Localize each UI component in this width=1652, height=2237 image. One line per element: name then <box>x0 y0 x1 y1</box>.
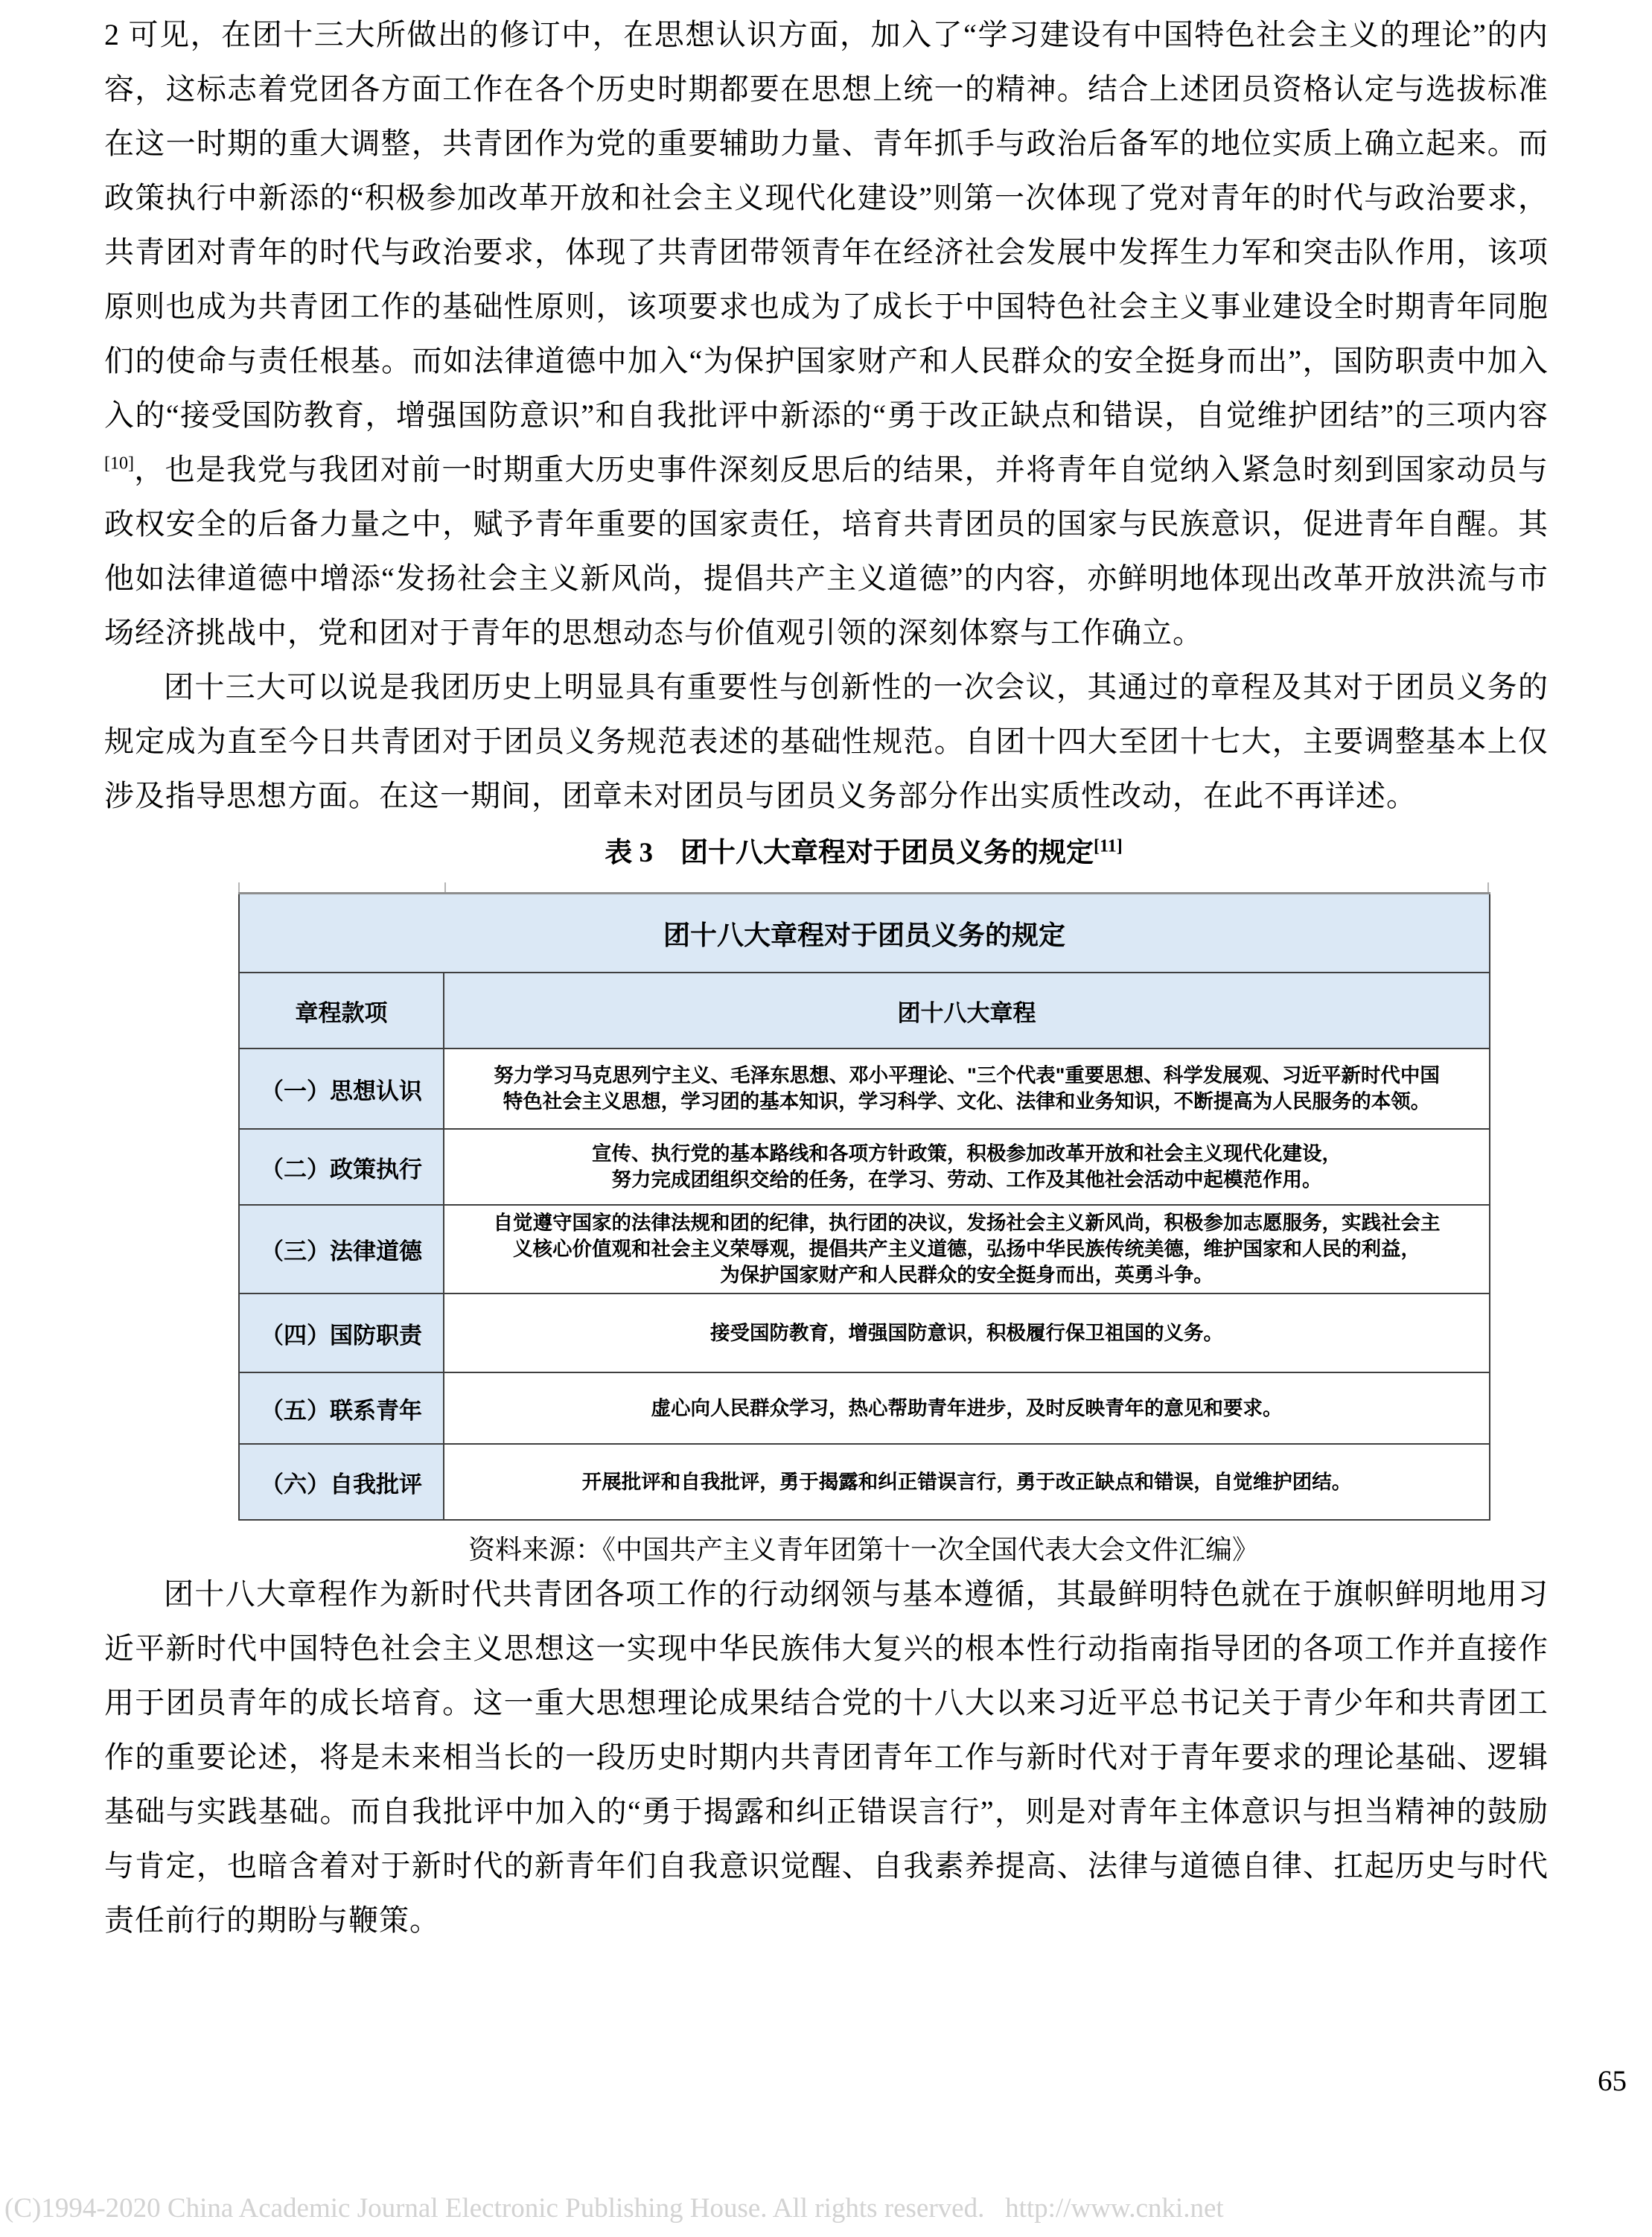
column-header-clause: 章程款项 <box>239 973 444 1049</box>
table-cell-label: （三）法律道德 <box>239 1205 444 1293</box>
table-cell-content: 宣传、执行党的基本路线和各项方针政策，积极参加改革开放和社会主义现代化建设， 努… <box>444 1129 1490 1205</box>
document-page: { "page": { "paragraph1": { "pre": "2 可见… <box>0 0 1652 2237</box>
table-row: （一）思想认识 努力学习马克思列宁主义、毛泽东思想、邓小平理论、"三个代表"重要… <box>239 1049 1490 1129</box>
page-number: 65 <box>1598 2064 1627 2098</box>
table-cell-label: （四）国防职责 <box>239 1293 444 1372</box>
copyright-footer: (C)1994-2020 China Academic Journal Elec… <box>4 2192 1224 2224</box>
paragraph-2: 团十三大可以说是我团历史上明显具有重要性与创新性的一次会议，其通过的章程及其对于… <box>104 660 1549 823</box>
table-clipped-cell-border <box>444 882 446 892</box>
paragraph-3: 团十八大章程作为新时代共青团各项工作的行动纲领与基本遵循，其最鲜明特色就在于旗帜… <box>104 1567 1549 1947</box>
paragraph-1-text-continued: ，也是我党与我团对前一时期重大历史事件深刻反思后的结果，并将青年自觉纳入紧急时刻… <box>104 453 1549 649</box>
table-row: （二）政策执行 宣传、执行党的基本路线和各项方针政策，积极参加改革开放和社会主义… <box>239 1129 1490 1205</box>
table-source-note: 资料来源：《中国共产主义青年团第十一次全国代表大会文件汇编》 <box>238 1533 1489 1567</box>
table-header-row: 章程款项 团十八大章程 <box>239 973 1490 1049</box>
column-header-charter: 团十八大章程 <box>444 973 1490 1049</box>
table-cell-label: （一）思想认识 <box>239 1049 444 1129</box>
footnote-ref-11: [11] <box>1094 837 1123 856</box>
table-row: （四）国防职责 接受国防教育，增强国防意识，积极履行保卫祖国的义务。 <box>239 1293 1490 1372</box>
page-content: 2 可见，在团十三大所做出的修订中，在思想认识方面，加入了“学习建设有中国特色社… <box>104 0 1549 1947</box>
table-cell-content: 接受国防教育，增强国防意识，积极履行保卫祖国的义务。 <box>444 1293 1490 1372</box>
table-cell-content: 开展批评和自我批评，勇于揭露和纠正错误言行，勇于改正缺点和错误，自觉维护团结。 <box>444 1444 1490 1520</box>
table-row: （五）联系青年 虚心向人民群众学习，热心帮助青年进步，及时反映青年的意见和要求。 <box>239 1372 1490 1444</box>
table-cell-content: 自觉遵守国家的法律法规和团的纪律，执行团的决议，发扬社会主义新风尚，积极参加志愿… <box>444 1205 1490 1293</box>
duty-table: 团十八大章程对于团员义务的规定 章程款项 团十八大章程 （一）思想认识 努力学习… <box>238 892 1490 1521</box>
table-3-block: 表 3 团十八大章程对于团员义务的规定[11] 团十八大章程对于团员义务的规定 … <box>238 836 1489 1567</box>
table-cell-label: （二）政策执行 <box>239 1129 444 1205</box>
table-cell-label: （五）联系青年 <box>239 1372 444 1444</box>
table-3-caption: 表 3 团十八大章程对于团员义务的规定[11] <box>238 836 1489 871</box>
table-row: （三）法律道德 自觉遵守国家的法律法规和团的纪律，执行团的决议，发扬社会主义新风… <box>239 1205 1490 1293</box>
table-title-row: 团十八大章程对于团员义务的规定 <box>239 894 1490 973</box>
table-3-caption-text: 表 3 团十八大章程对于团员义务的规定 <box>605 838 1094 868</box>
paragraph-1: 2 可见，在团十三大所做出的修订中，在思想认识方面，加入了“学习建设有中国特色社… <box>104 7 1549 660</box>
paragraph-1-text: 2 可见，在团十三大所做出的修订中，在思想认识方面，加入了“学习建设有中国特色社… <box>104 18 1549 432</box>
table-cell-label: （六）自我批评 <box>239 1444 444 1520</box>
table-title: 团十八大章程对于团员义务的规定 <box>239 894 1490 973</box>
table-cell-content: 努力学习马克思列宁主义、毛泽东思想、邓小平理论、"三个代表"重要思想、科学发展观… <box>444 1049 1490 1129</box>
footnote-ref-10: [10] <box>104 454 134 474</box>
table-cell-content: 虚心向人民群众学习，热心帮助青年进步，及时反映青年的意见和要求。 <box>444 1372 1490 1444</box>
table-row: （六）自我批评 开展批评和自我批评，勇于揭露和纠正错误言行，勇于改正缺点和错误，… <box>239 1444 1490 1520</box>
table-clipped-row-remnant <box>238 882 1489 892</box>
